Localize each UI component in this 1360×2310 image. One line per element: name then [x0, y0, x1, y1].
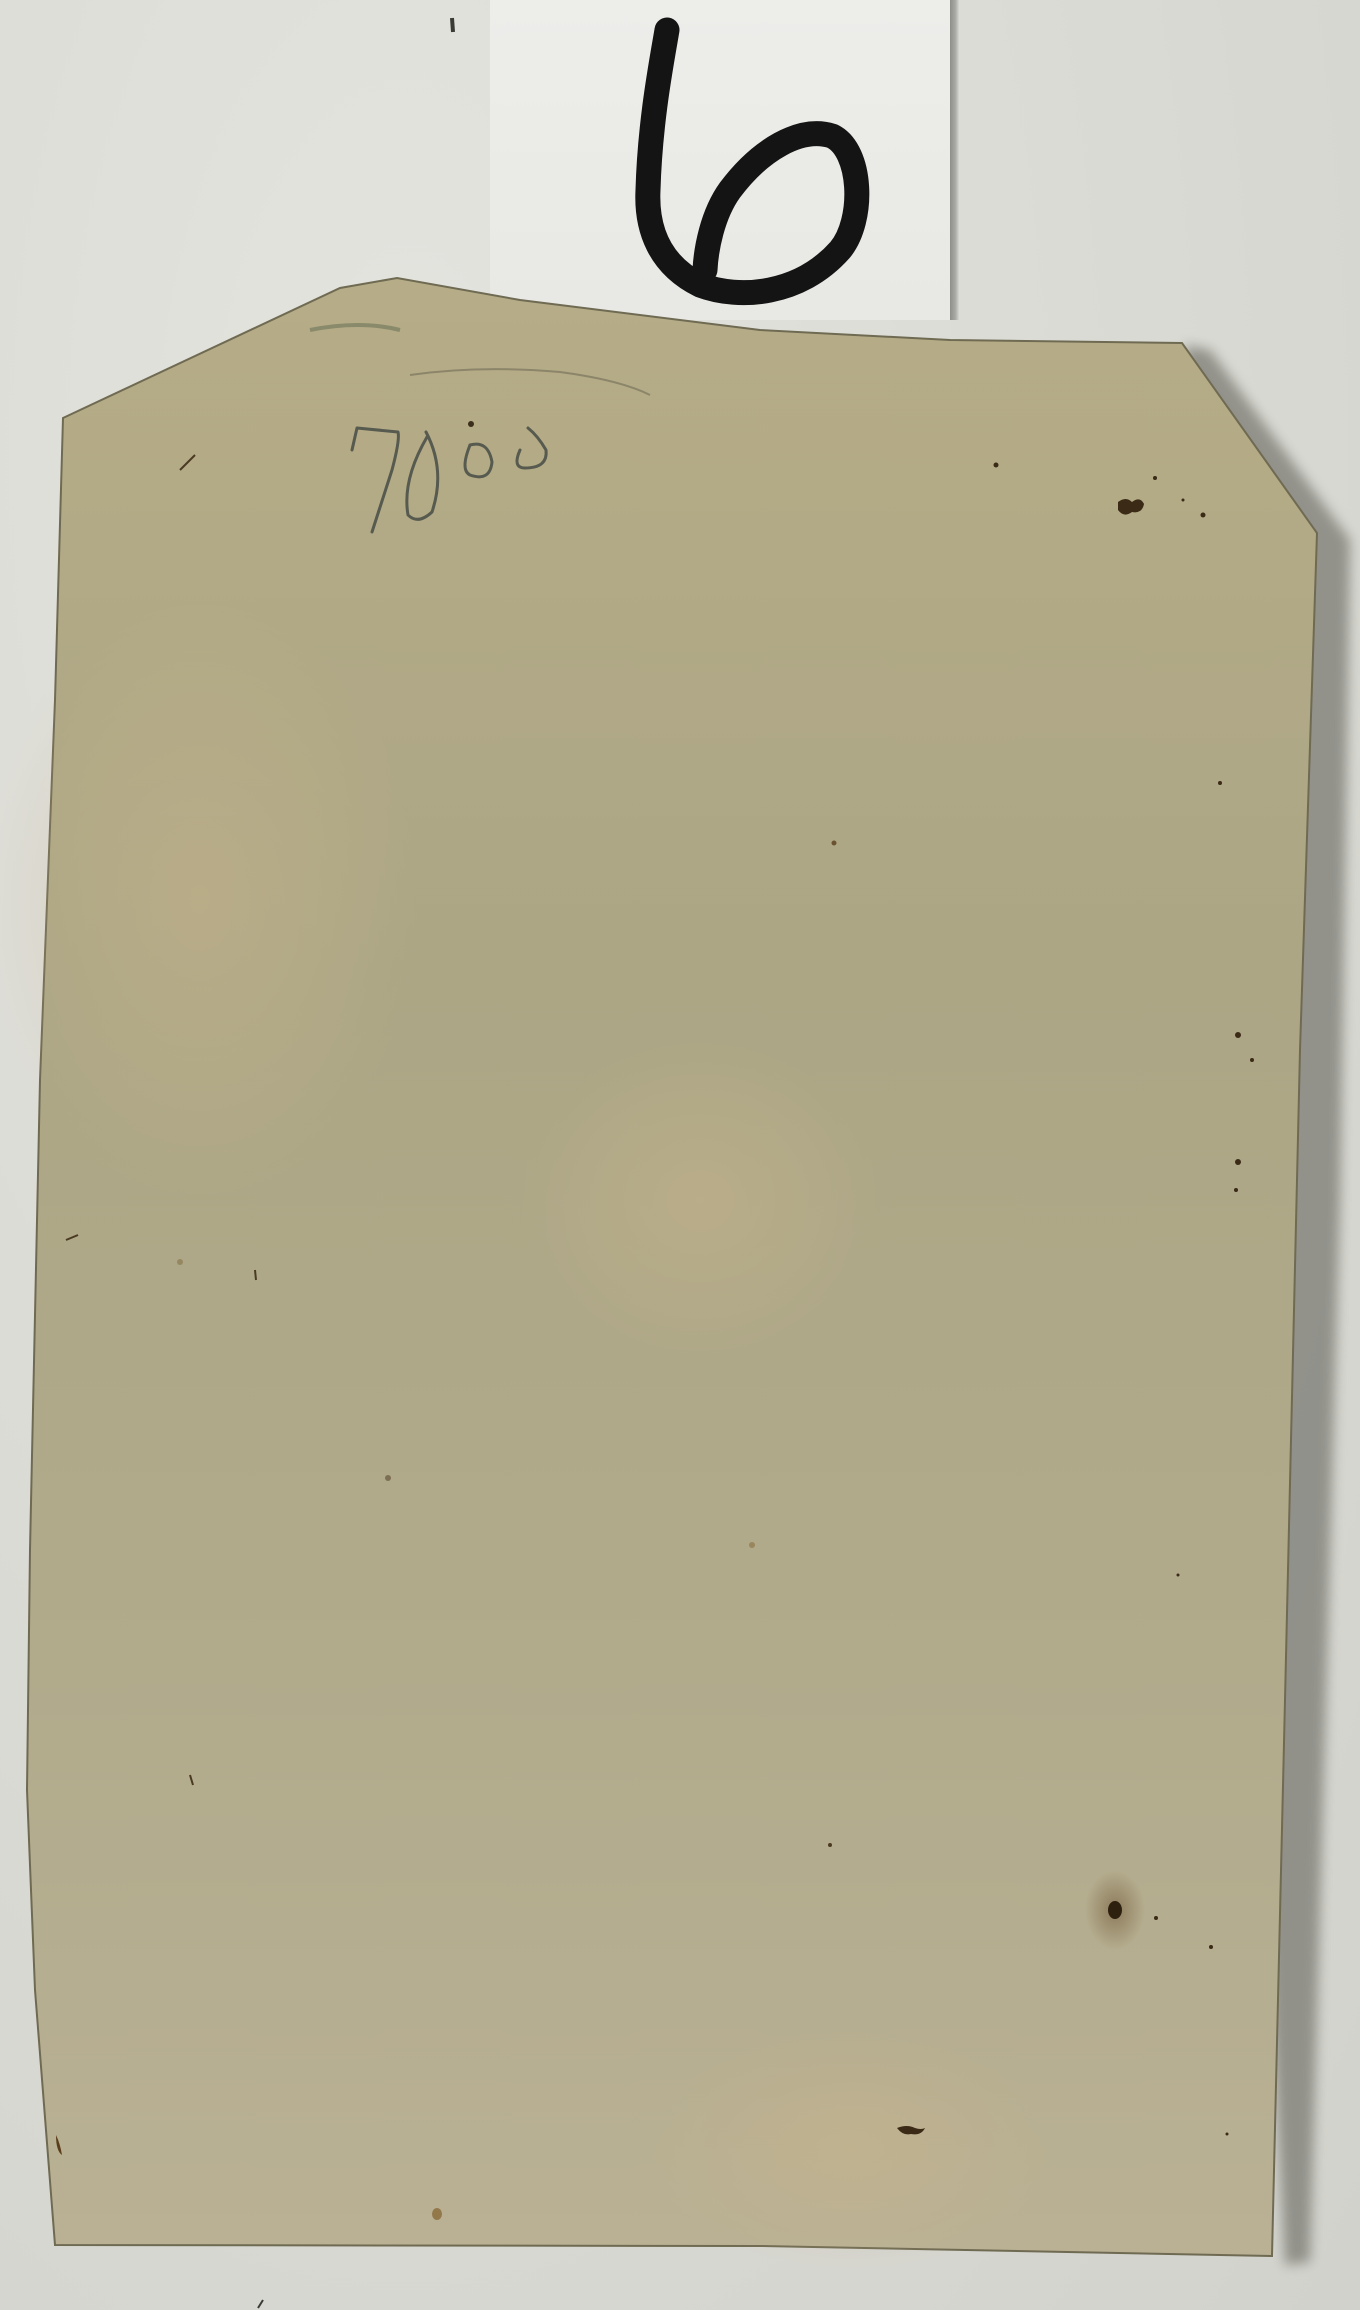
speck: [1235, 1032, 1241, 1038]
speck: [1182, 499, 1185, 502]
speck: [1177, 1574, 1180, 1577]
speck: [749, 1542, 755, 1548]
speck: [1235, 1159, 1241, 1165]
speck: [1234, 1188, 1238, 1192]
speck: [385, 1475, 391, 1481]
speck: [1153, 476, 1157, 480]
discoloration: [650, 2030, 1050, 2270]
scene-drawing: [0, 0, 1360, 2310]
discoloration: [520, 1040, 880, 1360]
speck: [828, 1843, 832, 1847]
discoloration: [0, 600, 420, 1200]
speck: [255, 1270, 256, 1280]
speck: [177, 1259, 183, 1265]
speck: [1218, 781, 1222, 785]
speck: [1250, 1058, 1254, 1062]
speck: [1154, 1916, 1158, 1920]
stain-spot: [1108, 1901, 1122, 1919]
speck: [432, 2208, 442, 2220]
speck: [1201, 513, 1206, 518]
label-number-six: [648, 30, 857, 293]
speck: [832, 841, 837, 846]
speck: [994, 463, 999, 468]
background-speck: [258, 2300, 263, 2308]
speck: [1226, 2133, 1229, 2136]
speck: [1209, 1945, 1213, 1949]
speck: [468, 421, 474, 427]
background-speck: [452, 18, 453, 32]
